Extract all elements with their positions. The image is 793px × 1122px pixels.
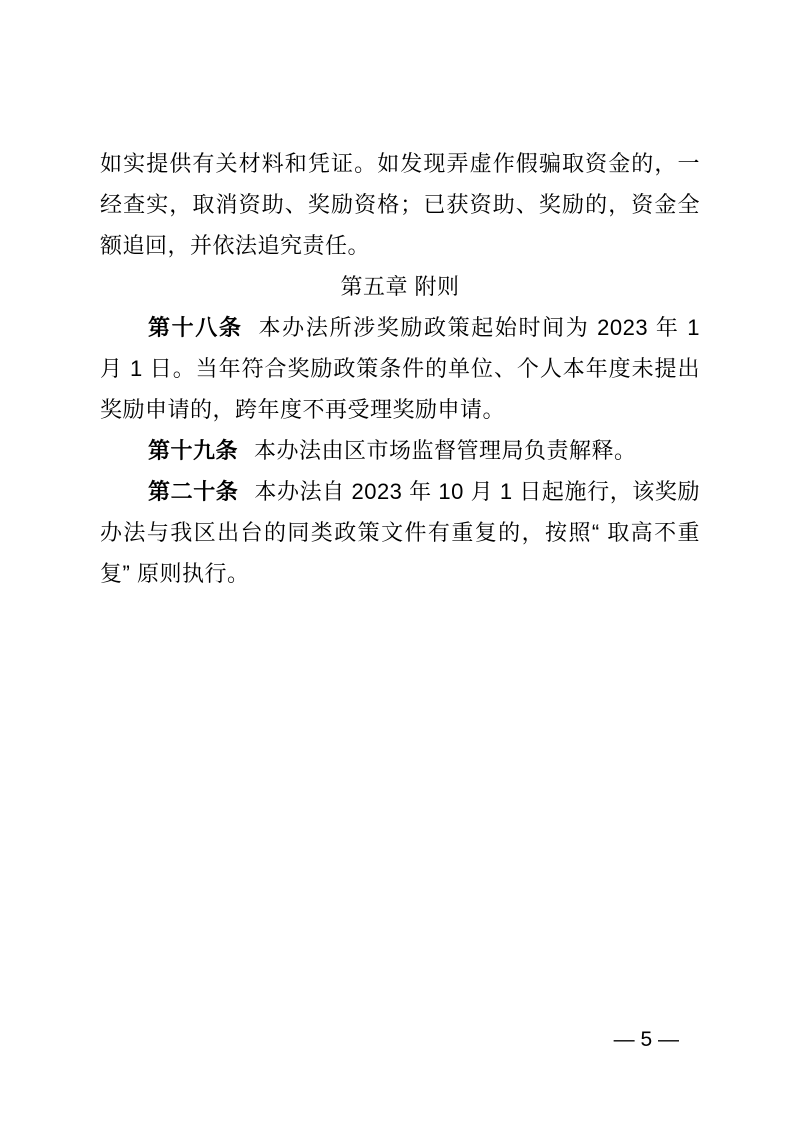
- article-18-number: 第十八条: [148, 315, 243, 340]
- article-19-number: 第十九条: [148, 438, 238, 463]
- chapter-heading: 第五章 附则: [100, 266, 700, 307]
- article-20-paragraph: 第二十条本办法自 2023 年 10 月 1 日起施行，该奖励办法与我区出台的同…: [100, 471, 700, 594]
- article-20-number: 第二十条: [148, 479, 238, 504]
- document-body: 如实提供有关材料和凭证。如发现弄虚作假骗取资金的，一经查实，取消资助、奖励资格；…: [100, 143, 700, 594]
- intro-paragraph: 如实提供有关材料和凭证。如发现弄虚作假骗取资金的，一经查实，取消资助、奖励资格；…: [100, 143, 700, 266]
- document-page: 如实提供有关材料和凭证。如发现弄虚作假骗取资金的，一经查实，取消资助、奖励资格；…: [0, 0, 793, 1122]
- page-number: — 5 —: [614, 1028, 679, 1051]
- page-footer: — 5 —: [614, 1028, 679, 1052]
- article-18-paragraph: 第十八条本办法所涉奖励政策起始时间为 2023 年 1 月 1 日。当年符合奖励…: [100, 307, 700, 430]
- article-19-text: 本办法由区市场监督管理局负责解释。: [254, 438, 637, 463]
- article-19-paragraph: 第十九条本办法由区市场监督管理局负责解释。: [100, 430, 700, 471]
